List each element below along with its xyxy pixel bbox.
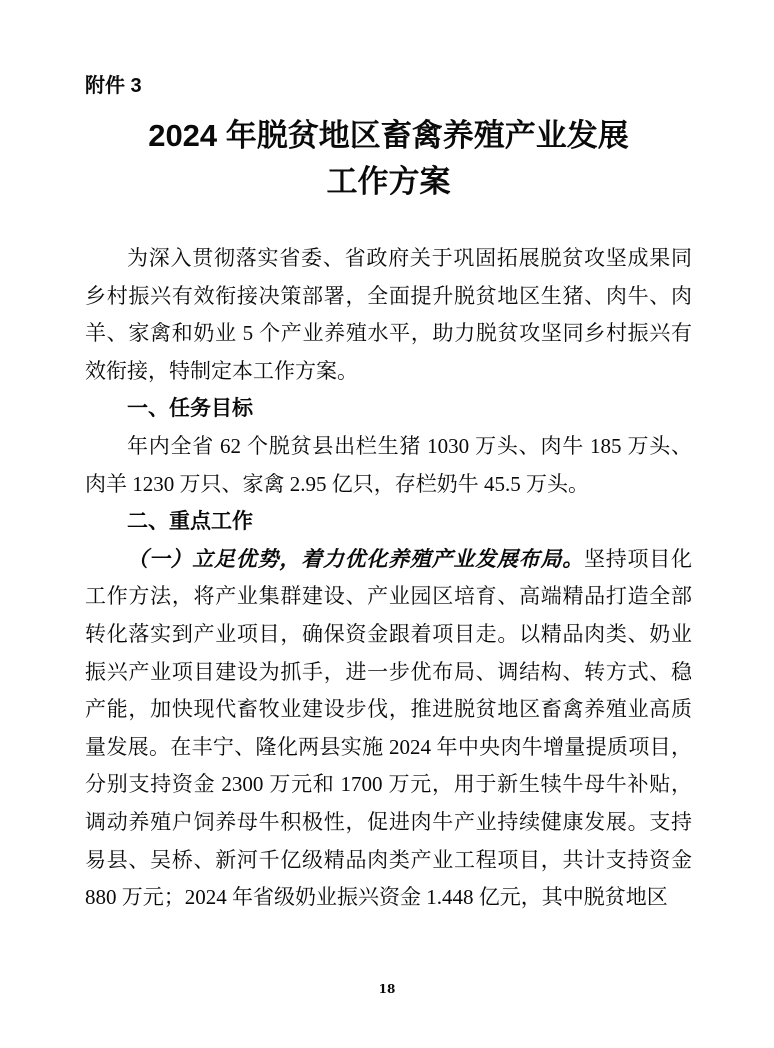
paragraph: 为深入贯彻落实省委、省政府关于巩固拓展脱贫攻坚成果同乡村振兴有效衔接决策部署，全… xyxy=(85,240,692,390)
section-heading: 一、任务目标 xyxy=(127,390,692,428)
document-page: 附件 3 2024 年脱贫地区畜禽养殖产业发展 工作方案 为深入贯彻落实省委、省… xyxy=(0,0,774,1048)
page-number: 18 xyxy=(0,982,774,996)
document-title-line-2: 工作方案 xyxy=(85,159,692,205)
document-body: 为深入贯彻落实省委、省政府关于巩固拓展脱贫攻坚成果同乡村振兴有效衔接决策部署，全… xyxy=(85,240,692,917)
attachment-label: 附件 3 xyxy=(85,73,692,99)
document-content: 附件 3 2024 年脱贫地区畜禽养殖产业发展 工作方案 为深入贯彻落实省委、省… xyxy=(85,73,692,917)
paragraph: （一）立足优势，着力优化养殖产业发展布局。坚持项目化工作方法，将产业集群建设、产… xyxy=(85,541,692,917)
document-title: 2024 年脱贫地区畜禽养殖产业发展 工作方案 xyxy=(85,113,692,205)
paragraph: 年内全省 62 个脱贫县出栏生猪 1030 万头、肉牛 185 万头、肉羊 12… xyxy=(85,428,692,503)
section-heading: 二、重点工作 xyxy=(127,503,692,541)
document-title-line-1: 2024 年脱贫地区畜禽养殖产业发展 xyxy=(85,113,692,159)
paragraph-lead: （一）立足优势，着力优化养殖产业发展布局。 xyxy=(127,547,584,571)
